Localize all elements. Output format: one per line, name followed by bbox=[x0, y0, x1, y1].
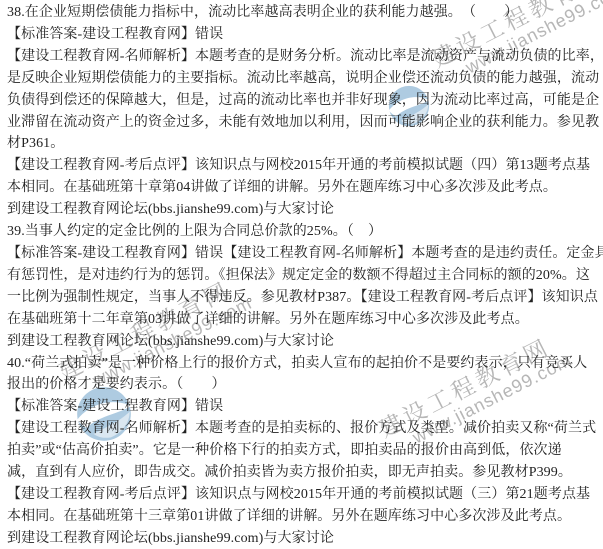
document-line: 到建设工程教育网论坛(bbs.jianshe99.com)与大家讨论 bbox=[7, 199, 598, 221]
document-line: 报出的价格才是要约表示。（ ） bbox=[7, 374, 598, 396]
document-line: 【标准答案-建设工程教育网】错误 bbox=[7, 396, 598, 418]
document-line: 38.在企业短期偿债能力指标中，流动比率越高表明企业的获利能力越强。 （ ） bbox=[7, 2, 598, 24]
document-line: 材P361。 bbox=[7, 133, 598, 155]
document-line: 拍卖”或“估高价拍卖”。它是一种价格下行的拍卖方式，即拍卖品的报价由高到低，依次… bbox=[7, 440, 598, 462]
document-text: 38.在企业短期偿债能力指标中，流动比率越高表明企业的获利能力越强。 （ ）【标… bbox=[0, 0, 603, 549]
document-line: 业滞留在流动资产上的资金过多，未能有效地加以利用，因而可能影响企业的获利能力。参… bbox=[7, 112, 598, 134]
document-line: 【标准答案-建设工程教育网】错误 bbox=[7, 24, 598, 46]
document-line: 本相同。在基础班第十章第04讲做了详细的讲解。另外在题库练习中心多次涉及此考点。 bbox=[7, 177, 598, 199]
document-line: 在基础班第十二年章第03讲做了详细的讲解。另外在题库练习中心多次涉及此考点。 bbox=[7, 309, 598, 331]
document-line: 减，直到有人应价，即告成交。减价拍卖皆为卖方报价拍卖，即无声拍卖。参见教材P39… bbox=[7, 462, 598, 484]
document-line: 【建设工程教育网-名师解析】本题考查的是财务分析。流动比率是流动资产与流动负债的… bbox=[7, 46, 598, 68]
document-line: 39.当事人约定的定金比例的上限为合同总价款的25%。（ ） bbox=[7, 221, 598, 243]
document-line: 【标准答案-建设工程教育网】错误【建设工程教育网-名师解析】本题考查的是违约责任… bbox=[7, 243, 598, 265]
document-line: 【建设工程教育网-考后点评】该知识点与网校2015年开通的考前模拟试题（四）第1… bbox=[7, 155, 598, 177]
document-line: 【建设工程教育网-名师解析】本题考查的是拍卖标的、报价方式及类型。减价拍卖又称“… bbox=[7, 418, 598, 440]
document-line: 一比例为强制性规定，当事人不得违反。参见教材P387。【建设工程教育网-考后点评… bbox=[7, 287, 598, 309]
document-line: 本相同。在基础班第十三章第01讲做了详细的讲解。另外在题库练习中心多次涉及此考点… bbox=[7, 506, 598, 528]
document-line: 【建设工程教育网-考后点评】该知识点与网校2015年开通的考前模拟试题（三）第2… bbox=[7, 484, 598, 506]
document-line: 到建设工程教育网论坛(bbs.jianshe99.com)与大家讨论 bbox=[7, 331, 598, 353]
document-line: 40.“荷兰式拍卖”是一种价格上行的报价方式，拍卖人宣布的起拍价不是要约表示，只… bbox=[7, 353, 598, 375]
exam-answers-document-page: 建设工程教育网 www.jianshe99.com 建设工程教育网 www.ji… bbox=[0, 0, 603, 549]
document-line: 到建设工程教育网论坛(bbs.jianshe99.com)与大家讨论 bbox=[7, 528, 598, 549]
document-line: 负债得到偿还的保障越大，但是，过高的流动比率也并非好现象，因为流动比率过高，可能… bbox=[7, 90, 598, 112]
document-line: 是反映企业短期偿债能力的主要指标。流动比率越高，说明企业偿还流动负债的能力越强，… bbox=[7, 68, 598, 90]
document-line: 有惩罚性，是对违约行为的惩罚。《担保法》规定定金的数额不得超过主合同标的额的20… bbox=[7, 265, 598, 287]
